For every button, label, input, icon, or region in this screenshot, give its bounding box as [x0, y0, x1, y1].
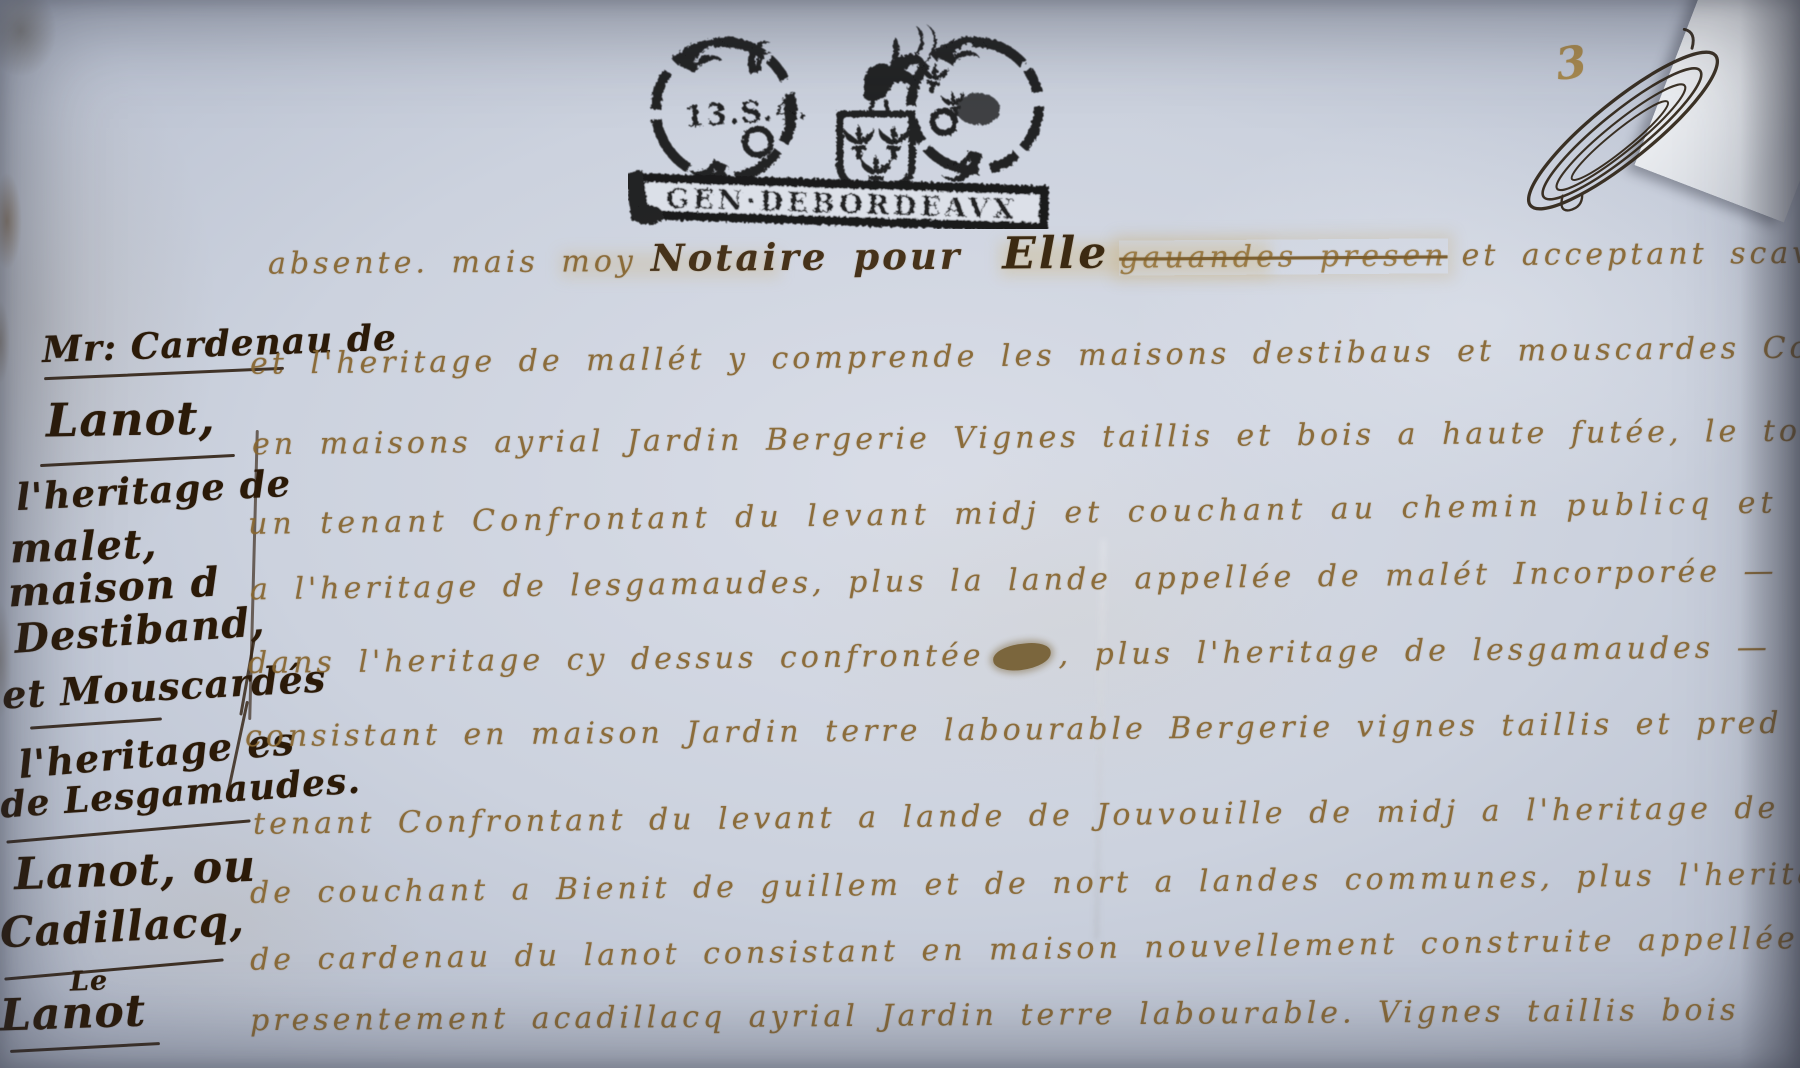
- body-line-segment: Notaire pour: [651, 234, 963, 280]
- body-line: dans l'heritage cy dessus confrontée, pl…: [248, 630, 1771, 681]
- margin-note: Lanot, ou: [13, 841, 257, 900]
- margin-note: Lanot: [0, 985, 147, 1041]
- body-line-segment: dans l'heritage cy dessus confrontée: [248, 638, 985, 681]
- body-line-segment: , plus l'heritage de lesgamaudes —: [1058, 630, 1771, 672]
- fleur-de-lis-icon: [879, 125, 909, 160]
- fleur-de-lis-icon: [844, 125, 874, 160]
- margin-underline: [10, 1042, 160, 1053]
- body-line: presentement acadillacq ayrial Jardin te…: [250, 993, 1740, 1038]
- paper-stain: [0, 0, 56, 76]
- struck-text: gauandes presen: [1119, 238, 1448, 275]
- notary-paraph: [1492, 28, 1754, 233]
- stamp-banner: GEN·DEBORDEAVX: [628, 170, 1045, 229]
- body-line: tenant Confrontant du levant a lande de …: [253, 789, 1800, 841]
- body-line: et l'heritage de mallét y comprende les …: [250, 329, 1800, 382]
- revenue-stamp: 13.S.4.: [628, 14, 1058, 229]
- body-line-segment: absente. mais moy: [268, 244, 637, 282]
- body-line: absente. mais moyNotaire pourEllegauande…: [268, 222, 1800, 284]
- fleur-de-lis-icon: [919, 61, 949, 94]
- body-line: de couchant a Bienit de guillem et de no…: [250, 856, 1800, 911]
- paper-stain: [0, 172, 22, 270]
- margin-note: Cadillacq,: [0, 896, 246, 958]
- margin-note: Lanot,: [46, 391, 216, 448]
- manuscript-page: 13.S.4.: [0, 0, 1800, 1068]
- body-line: un tenant Confrontant du levant midj et …: [248, 483, 1800, 542]
- ink-blot: [991, 641, 1052, 673]
- paper-stain: [0, 300, 10, 384]
- body-line-segment: Elle: [1002, 228, 1109, 280]
- body-line: a l'heritage de lesgamaudes, plus la lan…: [250, 554, 1778, 608]
- margin-underline: [4, 958, 223, 980]
- body-line: consistant en maison Jardin terre labour…: [245, 705, 1800, 755]
- page-edge-shadow: [1740, 0, 1800, 1068]
- body-line: en maisons ayrial Jardin Bergerie Vignes…: [252, 413, 1800, 462]
- margin-rule: [30, 717, 162, 729]
- body-line: de cardenau du lanot consistant en maiso…: [250, 921, 1799, 978]
